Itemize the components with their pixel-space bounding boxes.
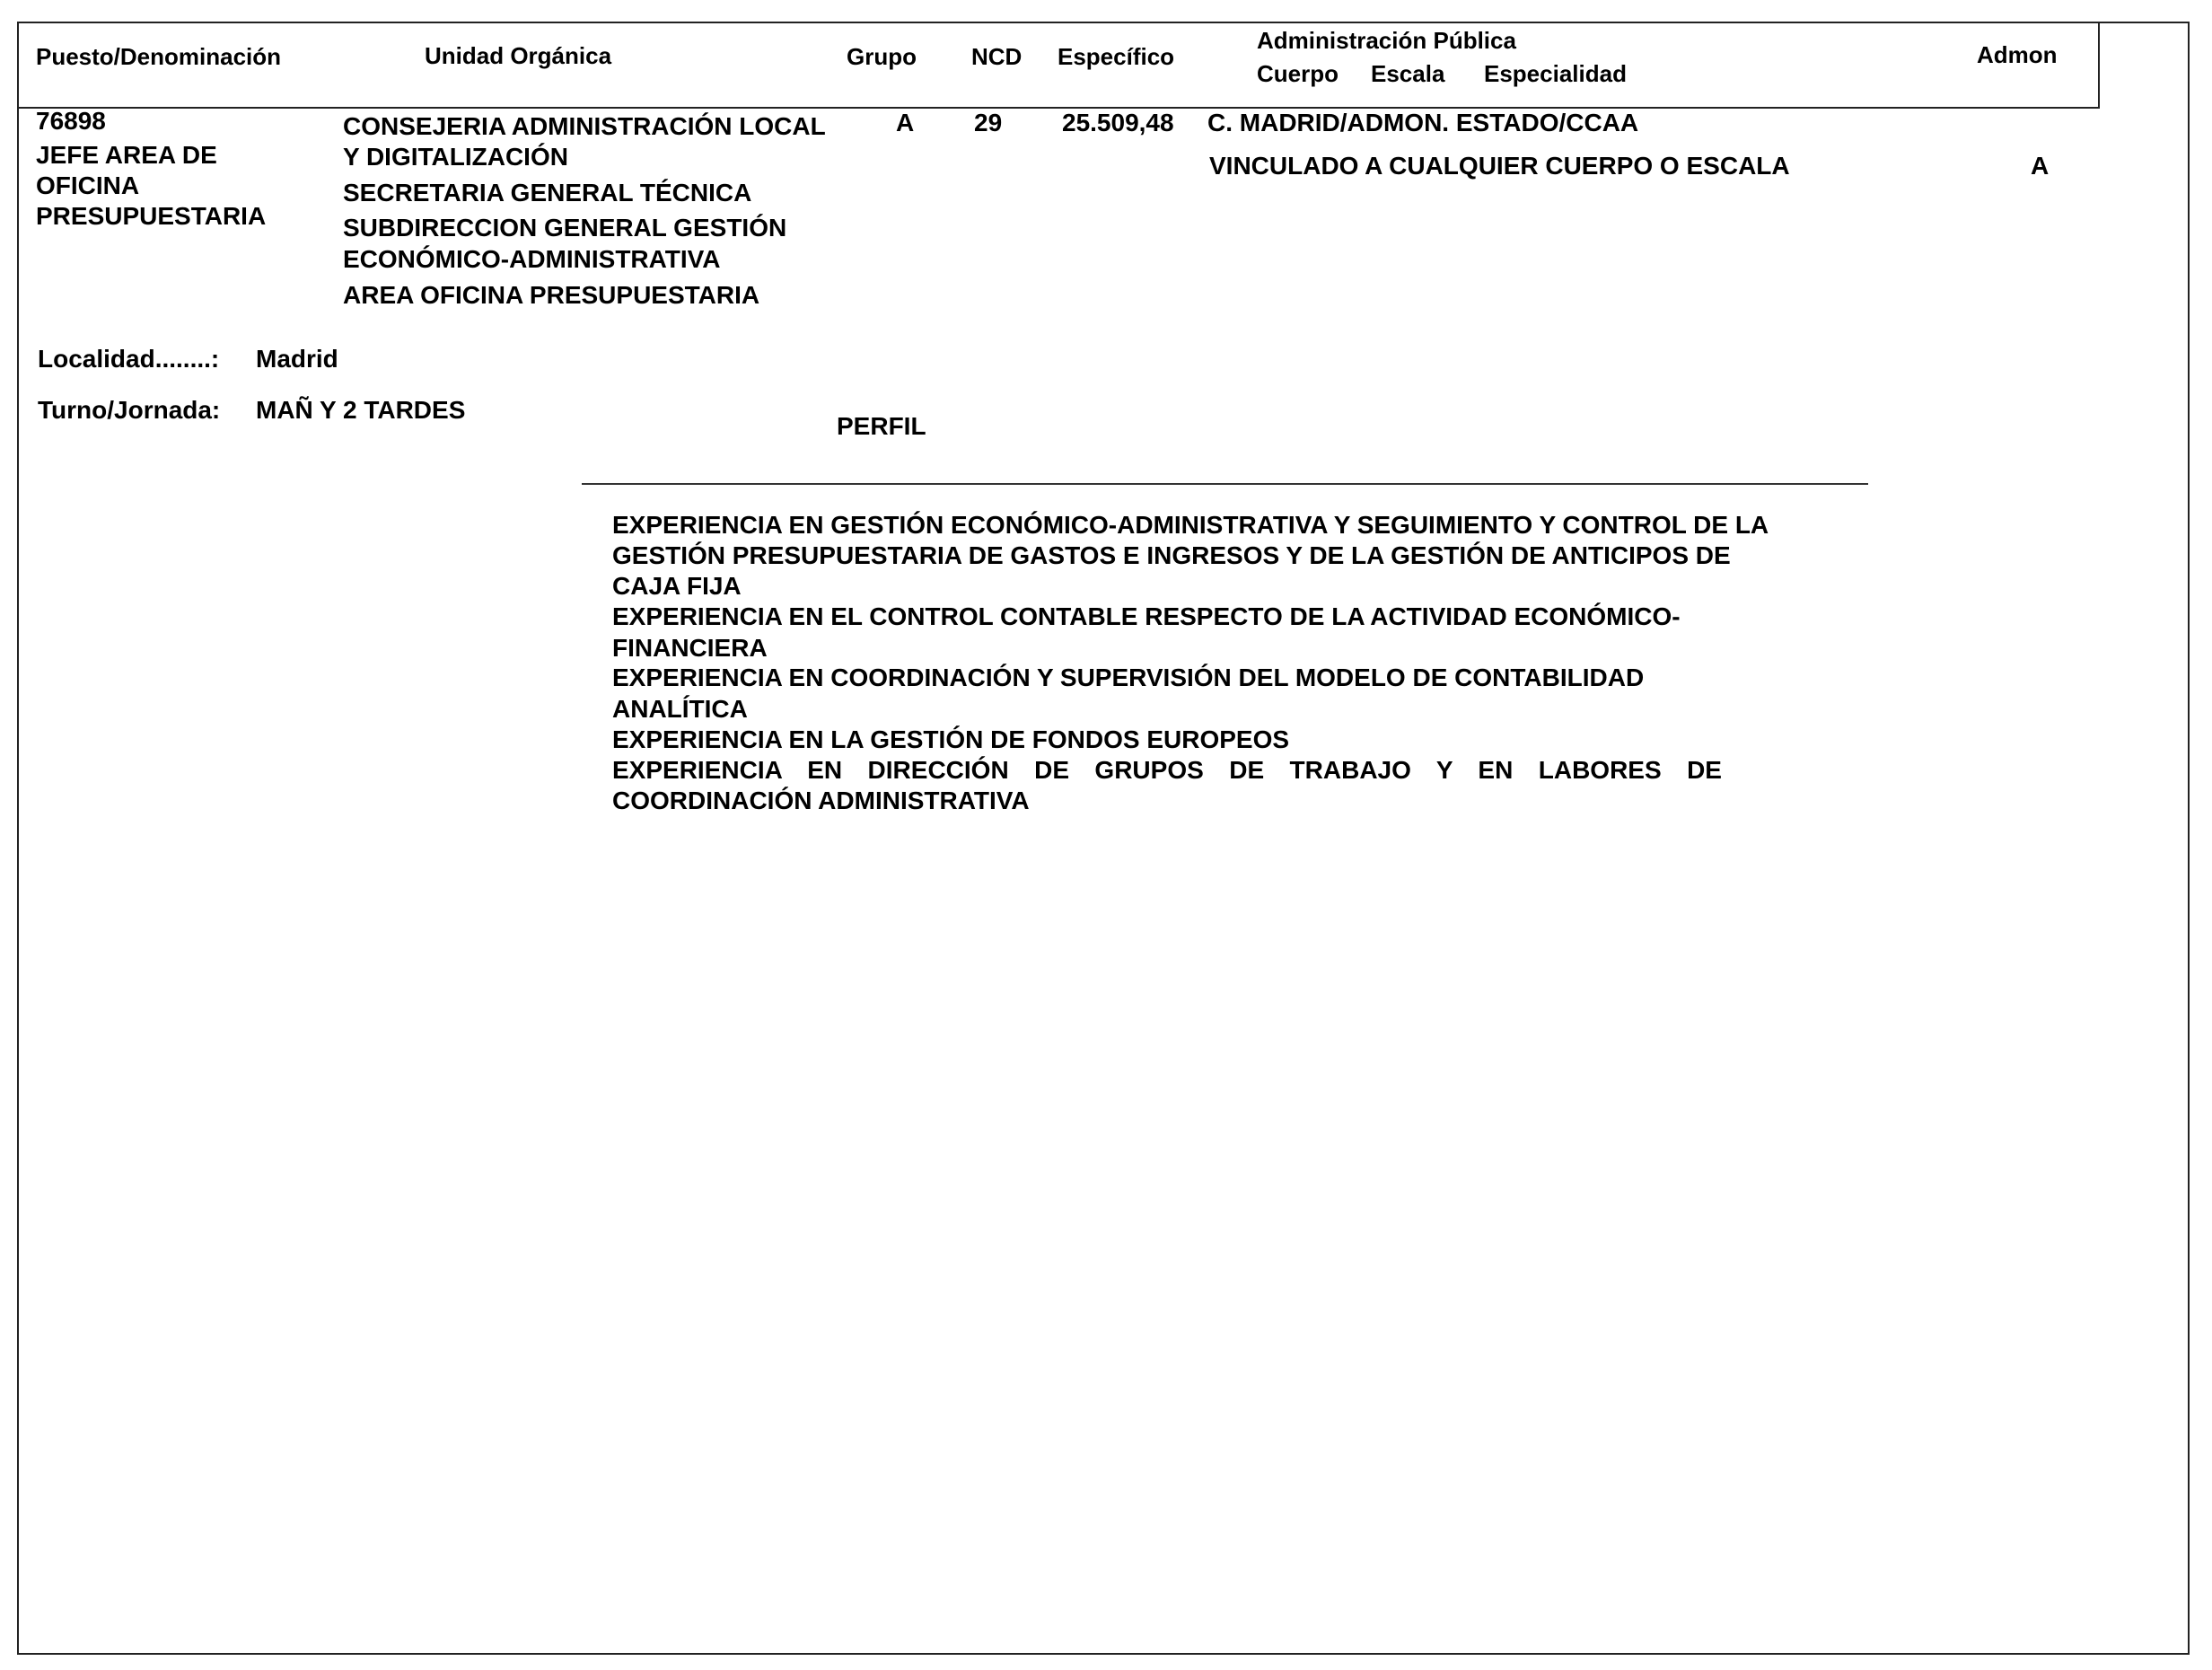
header-grupo: Grupo bbox=[847, 45, 917, 68]
perfil-line: EXPERIENCIA EN LA GESTIÓN DE FONDOS EURO… bbox=[612, 727, 1289, 752]
localidad-label: Localidad........: bbox=[38, 347, 219, 372]
admon-value: A bbox=[2031, 154, 2049, 179]
header-admon: Admon bbox=[1977, 43, 2058, 66]
header-unidad: Unidad Orgánica bbox=[425, 44, 611, 67]
especifico-value: 25.509,48 bbox=[1062, 110, 1174, 136]
puesto-denominacion-line: PRESUPUESTARIA bbox=[36, 204, 266, 229]
administracion-value: C. MADRID/ADMON. ESTADO/CCAA bbox=[1207, 110, 1638, 136]
perfil-line: EXPERIENCIA EN EL CONTROL CONTABLE RESPE… bbox=[612, 604, 1681, 629]
header-especifico: Específico bbox=[1058, 45, 1174, 68]
perfil-divider bbox=[582, 483, 1868, 485]
header-ncd: NCD bbox=[971, 45, 1022, 68]
header-puesto: Puesto/Denominación bbox=[36, 45, 281, 68]
puesto-codigo: 76898 bbox=[36, 109, 106, 134]
grupo-value: A bbox=[896, 110, 914, 136]
puesto-denominacion-line: OFICINA bbox=[36, 173, 139, 198]
header-especialidad: Especialidad bbox=[1484, 62, 1627, 85]
perfil-line: FINANCIERA bbox=[612, 636, 768, 661]
perfil-title: PERFIL bbox=[837, 414, 926, 439]
cuerpo-escala-value: VINCULADO A CUALQUIER CUERPO O ESCALA bbox=[1209, 154, 1790, 179]
perfil-line: CAJA FIJA bbox=[612, 574, 742, 599]
turno-label: Turno/Jornada: bbox=[38, 398, 220, 423]
perfil-line: COORDINACIÓN ADMINISTRATIVA bbox=[612, 788, 1030, 813]
perfil-line: EXPERIENCIA EN DIRECCIÓN DE GRUPOS DE TR… bbox=[612, 758, 1722, 783]
perfil-line: GESTIÓN PRESUPUESTARIA DE GASTOS E INGRE… bbox=[612, 543, 1731, 568]
unidad-line: AREA OFICINA PRESUPUESTARIA bbox=[343, 283, 759, 308]
unidad-line: SECRETARIA GENERAL TÉCNICA bbox=[343, 180, 751, 206]
localidad-value: Madrid bbox=[256, 347, 338, 372]
unidad-line: CONSEJERIA ADMINISTRACIÓN LOCAL bbox=[343, 114, 826, 139]
puesto-denominacion-line: JEFE AREA DE bbox=[36, 143, 217, 168]
header-escala: Escala bbox=[1371, 62, 1444, 85]
unidad-line: SUBDIRECCION GENERAL GESTIÓN bbox=[343, 215, 786, 241]
header-cuerpo: Cuerpo bbox=[1257, 62, 1339, 85]
perfil-line: ANALÍTICA bbox=[612, 697, 748, 722]
header-administracion: Administración Pública bbox=[1257, 29, 1516, 52]
perfil-line: EXPERIENCIA EN COORDINACIÓN Y SUPERVISIÓ… bbox=[612, 665, 1644, 690]
unidad-line: Y DIGITALIZACIÓN bbox=[343, 145, 568, 170]
ncd-value: 29 bbox=[974, 110, 1002, 136]
turno-value: MAÑ Y 2 TARDES bbox=[256, 398, 465, 423]
unidad-line: ECONÓMICO-ADMINISTRATIVA bbox=[343, 247, 721, 272]
perfil-line: EXPERIENCIA EN GESTIÓN ECONÓMICO-ADMINIS… bbox=[612, 513, 1769, 538]
